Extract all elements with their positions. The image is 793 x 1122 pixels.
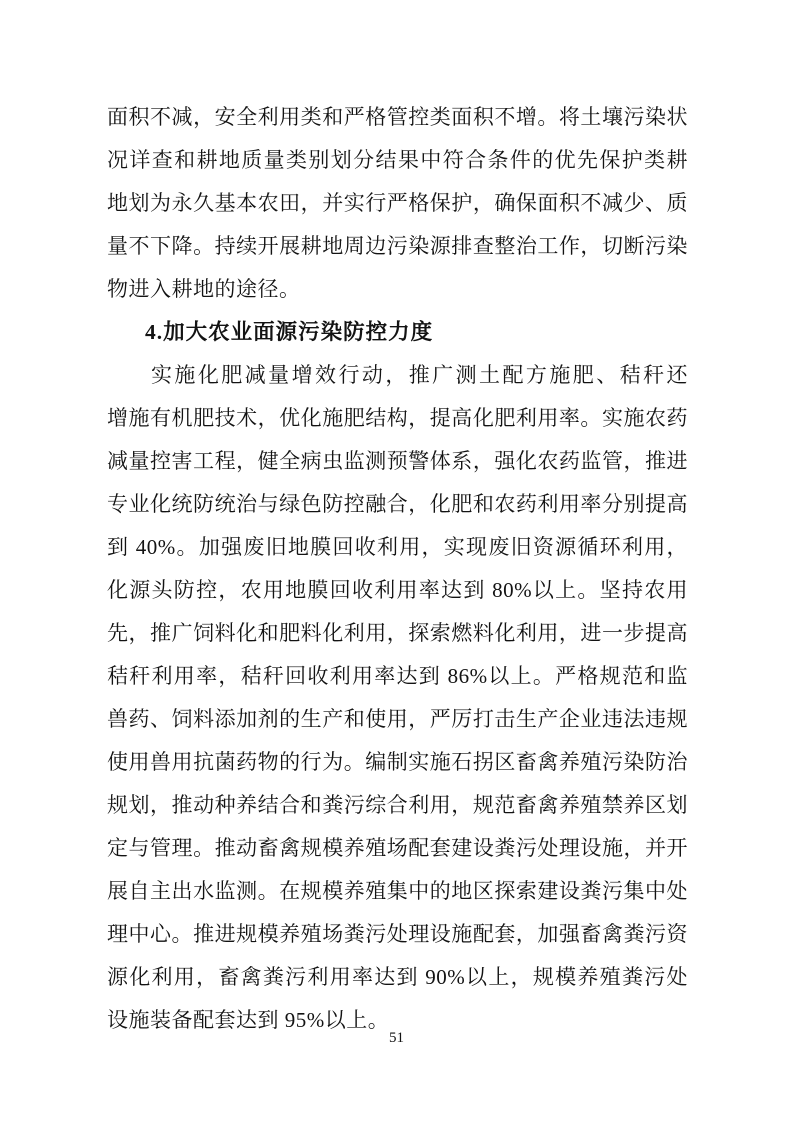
text-line: 规划，推动种养结合和粪污综合利用，规范畜禽养殖禁养区划	[107, 784, 688, 827]
text-line: 实施化肥减量增效行动，推广测土配方施肥、秸秆还田、	[107, 354, 688, 397]
text-line: 理中心。推进规模养殖场粪污处理设施配套，加强畜禽粪污资	[107, 913, 688, 956]
text-line: 况详查和耕地质量类别划分结果中符合条件的优先保护类耕	[107, 139, 688, 182]
page-number: 51	[0, 1028, 793, 1048]
text-line: 化源头防控，农用地膜回收利用率达到 80%以上。坚持农用优	[107, 569, 688, 612]
section-heading: 4.加大农业面源污染防控力度	[107, 311, 688, 354]
text-line: 定与管理。推动畜禽规模养殖场配套建设粪污处理设施，并开	[107, 827, 688, 870]
text-line: 专业化统防统治与绿色防控融合，化肥和农药利用率分别提高	[107, 483, 688, 526]
text-line: 量不下降。持续开展耕地周边污染源排查整治工作，切断污染	[107, 225, 688, 268]
text-line: 地划为永久基本农田，并实行严格保护，确保面积不减少、质	[107, 182, 688, 225]
paragraph-2: 实施化肥减量增效行动，推广测土配方施肥、秸秆还田、 增施有机肥技术，优化施肥结构…	[107, 354, 688, 1042]
text-line: 增施有机肥技术，优化施肥结构，提高化肥利用率。实施农药	[107, 397, 688, 440]
text-line: 物进入耕地的途径。	[107, 268, 688, 311]
text-line: 先，推广饲料化和肥料化利用，探索燃料化利用，进一步提高	[107, 612, 688, 655]
text-line: 面积不减，安全利用类和严格管控类面积不增。将土壤污染状	[107, 96, 688, 139]
text-line: 展自主出水监测。在规模养殖集中的地区探索建设粪污集中处	[107, 870, 688, 913]
text-line: 兽药、饲料添加剂的生产和使用，严厉打击生产企业违法违规	[107, 698, 688, 741]
document-body: 面积不减，安全利用类和严格管控类面积不增。将土壤污染状 况详查和耕地质量类别划分…	[107, 96, 688, 1042]
document-page: 面积不减，安全利用类和严格管控类面积不增。将土壤污染状 况详查和耕地质量类别划分…	[0, 0, 793, 1122]
paragraph-1: 面积不减，安全利用类和严格管控类面积不增。将土壤污染状 况详查和耕地质量类别划分…	[107, 96, 688, 311]
text-line: 到 40%。加强废旧地膜回收利用，实现废旧资源循环利用，强	[107, 526, 688, 569]
text-line: 使用兽用抗菌药物的行为。编制实施石拐区畜禽养殖污染防治	[107, 741, 688, 784]
text-line: 源化利用，畜禽粪污利用率达到 90%以上，规模养殖粪污处理	[107, 956, 688, 999]
text-line: 秸秆利用率，秸秆回收利用率达到 86%以上。严格规范和监管	[107, 655, 688, 698]
text-line: 减量控害工程，健全病虫监测预警体系，强化农药监管，推进	[107, 440, 688, 483]
